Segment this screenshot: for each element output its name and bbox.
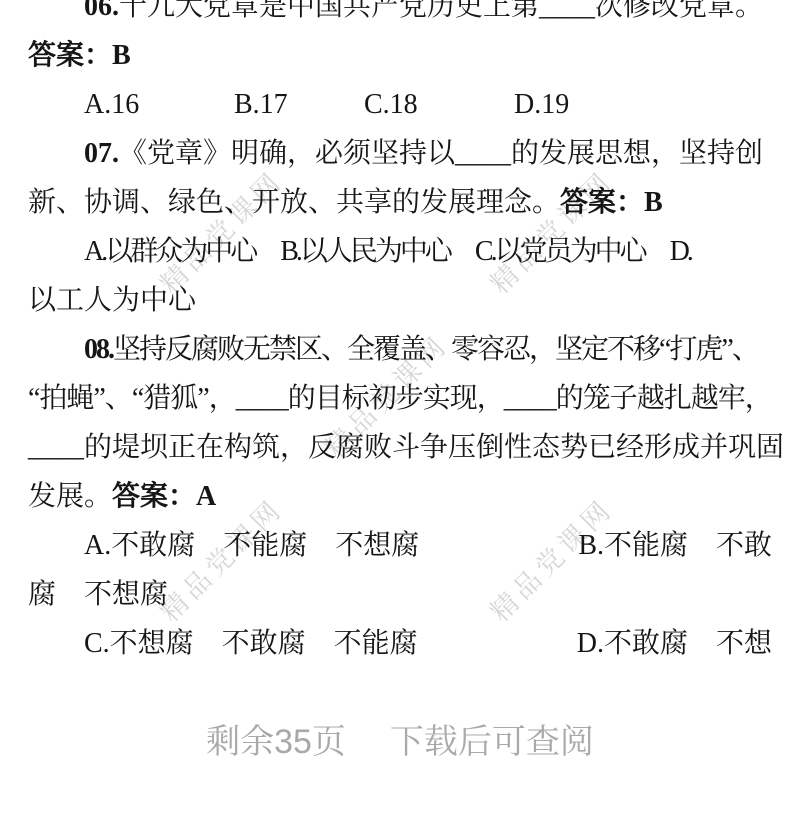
- q08-answer: 答案：A: [112, 481, 216, 512]
- q06-stem-line: 06.十九大党章是中国共产党历史上第____次修改党章。: [28, 0, 772, 31]
- q06-stem-text: 十九大党章是中国共产党历史上第____次修改党章。: [119, 0, 763, 22]
- q06-option-d: D.19: [514, 89, 569, 120]
- q08-number: 08.: [84, 334, 113, 365]
- q07-stem-line-2: 新、协调、绿色、开放、共享的发展理念。答案：B: [28, 178, 772, 227]
- q08-stem-line-4: 发展。答案：A: [28, 472, 772, 521]
- q06-answer: 答案：B: [28, 40, 131, 71]
- q07-number: 07.: [84, 138, 119, 169]
- q06-option-a: A.16: [84, 80, 234, 129]
- q08-stem-text-1: 坚持反腐败无禁区、全覆盖、零容忍，坚定不移“打虎”、: [113, 334, 758, 365]
- document-page: 精品党课网 精品党课网 精品党课网 精品党课网 精品党课网 06.十九大党章是中…: [0, 0, 800, 822]
- q07-options-wrap: 以工人为中心: [28, 276, 772, 325]
- q08-option-a: A.不敢腐 不能腐 不想腐: [84, 521, 419, 570]
- remaining-pages-text: 剩余35页: [206, 723, 346, 761]
- q08-stem-text-3: ____的堤坝正在构筑，反腐败斗争压倒性态势已经形成并巩固: [28, 432, 784, 463]
- q07-stem-text-2: 新、协调、绿色、开放、共享的发展理念。: [28, 187, 560, 218]
- q06-options-row: A.16B.17C.18D.19: [28, 80, 772, 129]
- q08-stem-line-1: 08.坚持反腐败无禁区、全覆盖、零容忍，坚定不移“打虎”、: [28, 325, 772, 374]
- download-hint-text: 下载后可查阅: [390, 723, 594, 761]
- q06-number: 06.: [84, 0, 119, 22]
- q08-options-row-cd: C.不想腐 不敢腐 不能腐D.不敢腐 不想: [28, 619, 772, 668]
- q07-options-row: A.以群众为中心 B.以人民为中心 C.以党员为中心 D.: [28, 227, 772, 276]
- q08-option-d: D.不敢腐 不想: [577, 619, 772, 668]
- q07-stem-text-1: 《党章》明确，必须坚持以____的发展思想，坚持创: [119, 138, 763, 169]
- q07-options-text-1: A.以群众为中心 B.以人民为中心 C.以党员为中心 D.: [84, 236, 691, 267]
- q08-options-row-ab: A.不敢腐 不能腐 不想腐B.不能腐 不敢: [28, 521, 772, 570]
- q08-option-b-continued: 腐 不想腐: [28, 579, 168, 610]
- q06-option-b: B.17: [234, 80, 364, 129]
- q08-stem-text-4: 发展。: [28, 481, 112, 512]
- q08-option-b-wrap: 腐 不想腐: [28, 570, 772, 619]
- document-content: 06.十九大党章是中国共产党历史上第____次修改党章。 答案：B A.16B.…: [28, 0, 772, 668]
- q07-stem-line-1: 07.《党章》明确，必须坚持以____的发展思想，坚持创: [28, 129, 772, 178]
- preview-footer-note: 剩余35页下载后可查阅: [0, 718, 800, 767]
- q06-answer-line: 答案：B: [28, 31, 772, 80]
- q08-option-b: B.不能腐 不敢: [578, 521, 772, 570]
- q08-stem-line-2: “拍蝇”、“猎狐”，____的目标初步实现，____的笼子越扎越牢，: [28, 374, 772, 423]
- q08-stem-line-3: ____的堤坝正在构筑，反腐败斗争压倒性态势已经形成并巩固: [28, 423, 772, 472]
- q08-stem-text-2: “拍蝇”、“猎狐”，____的目标初步实现，____的笼子越扎越牢，: [28, 383, 772, 414]
- q08-option-c: C.不想腐 不敢腐 不能腐: [84, 619, 418, 668]
- q07-options-text-2: 以工人为中心: [28, 285, 196, 316]
- q07-answer: 答案：B: [560, 187, 663, 218]
- q06-option-c: C.18: [364, 80, 514, 129]
